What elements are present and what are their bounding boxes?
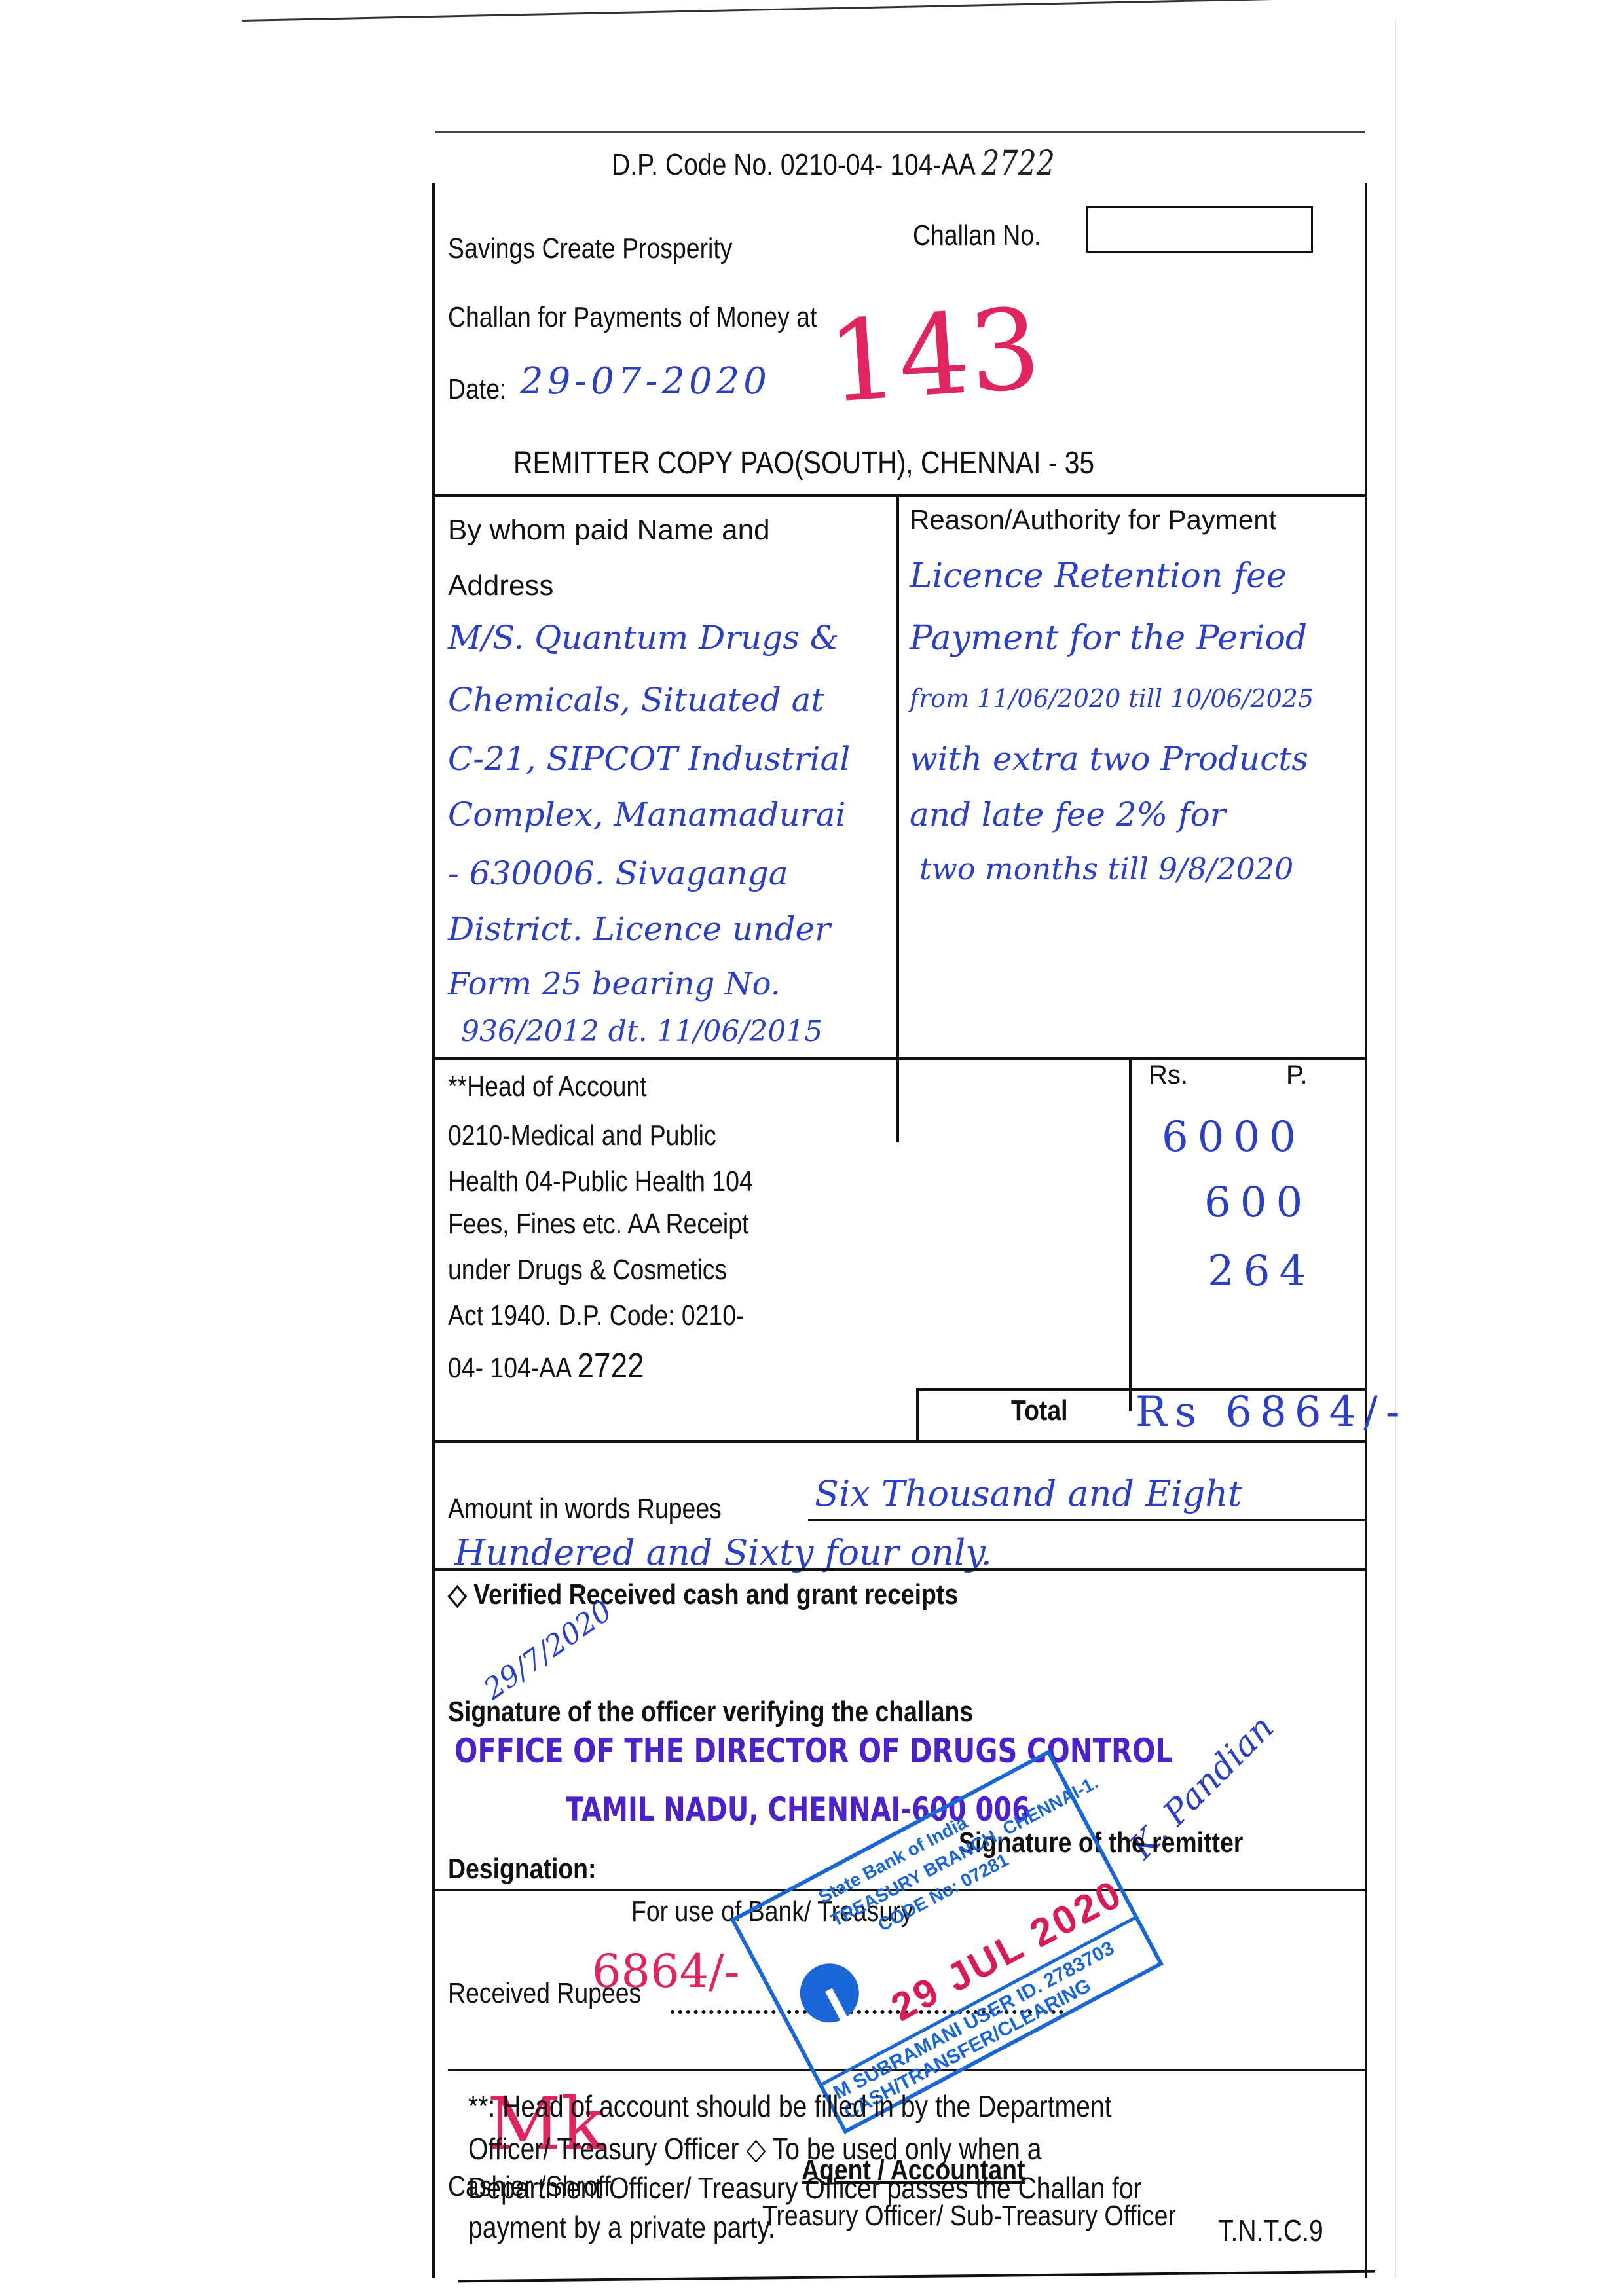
payer-line: C-21, SIPCOT Industrial — [448, 740, 850, 778]
designation-label: Designation: — [448, 1853, 596, 1886]
payer-line: - 630006. Sivaganga — [448, 854, 788, 892]
divider-payer-reason — [896, 494, 899, 1142]
head-of-account-label: **Head of Account — [448, 1070, 647, 1103]
dp-code-label: D.P. Code No. 0210-04- 104-AA — [612, 147, 974, 181]
divider-header — [435, 494, 1365, 497]
hoa-code-label: 04- 104-AA — [448, 1352, 570, 1384]
reason-line: Licence Retention fee — [910, 556, 1287, 596]
date-value: 29-07-2020 — [520, 360, 771, 403]
hoa-code-suffix: 2722 — [578, 1346, 644, 1385]
amount-item: 600 — [1204, 1178, 1312, 1227]
footer-note-3: Department Officer/ Treasury Officer pas… — [468, 2170, 1142, 2206]
divider-total-left — [916, 1388, 919, 1440]
amount-words-label: Amount in words Rupees — [448, 1493, 722, 1525]
payer-line: 936/2012 dt. 11/06/2015 — [461, 1015, 822, 1048]
form-top-border — [435, 131, 1365, 133]
dp-code-suffix: 2722 — [981, 144, 1054, 183]
reason-line: Payment for the Period — [910, 619, 1307, 658]
challan-no-label: Challan No. — [913, 219, 1041, 252]
rs-label: Rs. — [1149, 1061, 1188, 1090]
officer-signature-label: Signature of the officer verifying the c… — [448, 1696, 973, 1728]
hoa-line: under Drugs & Cosmetics — [448, 1254, 727, 1286]
serial-number-handwritten: 143 — [823, 284, 1044, 428]
footer-note-4: payment by a private party. — [468, 2210, 775, 2245]
hoa-line: Act 1940. D.P. Code: 0210- — [448, 1300, 745, 1332]
scan-right-edge — [1395, 20, 1396, 2278]
payer-label-2: Address — [448, 570, 553, 602]
total-value: Rs 6864/- — [1135, 1388, 1407, 1436]
amount-words-line2: Hundered and Sixty four only. — [454, 1532, 992, 1573]
payer-line: Form 25 bearing No. — [448, 966, 781, 1002]
hoa-line: Health 04-Public Health 104 — [448, 1165, 753, 1198]
divider-amount-col — [1129, 1057, 1132, 1411]
payer-line: M/S. Quantum Drugs & — [448, 619, 839, 657]
received-rupees-value: 6864/- — [592, 1944, 739, 1998]
divider-amount-bottom — [435, 1440, 1365, 1443]
challan-no-field[interactable] — [1086, 206, 1313, 253]
reason-line: two months till 9/8/2020 — [919, 851, 1293, 886]
dp-code-line: D.P. Code No. 0210-04- 104-AA 2722 — [612, 144, 1055, 183]
amount-words-underline — [808, 1519, 1365, 1521]
amount-item: 264 — [1208, 1247, 1315, 1296]
hoa-line: 0210-Medical and Public — [448, 1120, 716, 1152]
reason-line: from 11/06/2020 till 10/06/2025 — [910, 684, 1314, 713]
date-label: Date: — [448, 373, 506, 406]
verified-label: ◇ Verified Received cash and grant recei… — [448, 1578, 958, 1611]
reason-label: Reason/Authority for Payment — [910, 504, 1276, 536]
divider-words-bottom — [435, 1568, 1365, 1571]
reason-line: and late fee 2% for — [910, 795, 1226, 833]
payer-line: Chemicals, Situated at — [448, 681, 824, 719]
copy-title: REMITTER COPY PAO(SOUTH), CHENNAI - 35 — [513, 445, 1094, 481]
payer-line: Complex, Manamadurai — [448, 795, 846, 833]
hoa-line-last: 04- 104-AA 2722 — [448, 1345, 644, 1386]
form-code: T.N.T.C.9 — [1218, 2213, 1323, 2248]
dept-stamp-line1: OFFICE OF THE DIRECTOR OF DRUGS CONTROL — [454, 1732, 1173, 1771]
payer-line: District. Licence under — [448, 910, 830, 948]
bank-logo-icon — [790, 1953, 870, 2033]
slogan: Savings Create Prosperity — [448, 232, 732, 265]
divider-payer-bottom — [435, 1057, 1365, 1060]
footer-note-1: **: Head of account should be filled in … — [468, 2088, 1111, 2124]
payer-label-1: By whom paid Name and — [448, 514, 770, 547]
reason-line: with extra two Products — [910, 740, 1308, 778]
hoa-line: Fees, Fines etc. AA Receipt — [448, 1208, 748, 1241]
p-label: P. — [1286, 1061, 1308, 1090]
footer-note-2: Officer/ Treasury Officer ◇ To be used o… — [468, 2131, 1042, 2166]
amount-item: 6000 — [1162, 1113, 1305, 1161]
total-label: Total — [1011, 1394, 1068, 1427]
scan-page-edge — [242, 0, 1395, 22]
challan-for-label: Challan for Payments of Money at — [448, 301, 817, 334]
amount-words-line1: Six Thousand and Eight — [815, 1473, 1242, 1514]
